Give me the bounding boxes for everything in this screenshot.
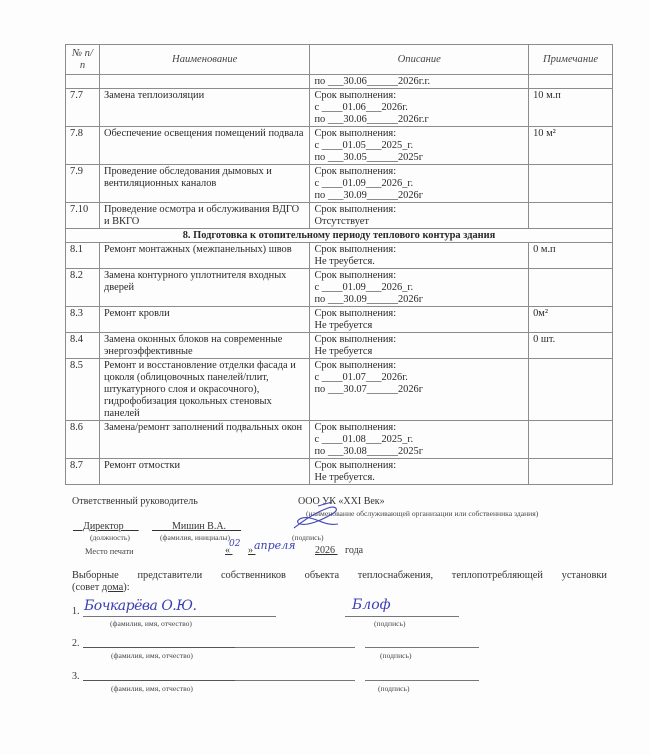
description-line: по ___30.06______2026г.г [314, 114, 524, 126]
description-line: по ___30.07______2026г [314, 384, 524, 396]
description-line: по ___30.09______2026г [314, 190, 524, 202]
row-note: 0 м.п [529, 243, 613, 269]
row-number: 8.4 [66, 333, 100, 359]
row-note: 10 м² [529, 127, 613, 165]
name-caption: (фамилия, инициалы) [160, 533, 230, 542]
rep3-index: 3. [72, 671, 80, 682]
description-line: с ____01.09___2026_г. [314, 178, 524, 190]
section-header-row: 8. Подготовка к отопительному периоду те… [66, 229, 613, 243]
description-line: с ____01.06___2026г. [314, 102, 524, 114]
table-row: 7.10Проведение осмотра и обслуживания ВД… [66, 203, 613, 229]
table-row: 8.2Замена контурного уплотнителя входных… [66, 269, 613, 307]
description-line: Срок выполнения: [314, 166, 524, 178]
description-line: Срок выполнения: [314, 334, 524, 346]
row-description: Срок выполнения:Не треубется. [310, 243, 529, 269]
header-name: Наименование [99, 45, 310, 75]
description-line: Срок выполнения: [314, 422, 524, 434]
row-number: 8.6 [66, 421, 100, 459]
description-line: с ____01.07___2026г. [314, 372, 524, 384]
description-line: Отсутствует [314, 216, 524, 228]
position-caption: (должность) [90, 533, 130, 542]
director-name: ____Мишин В.А.___ [152, 521, 241, 532]
row-description: Срок выполнения:с ____01.09___2026_г.по … [310, 165, 529, 203]
description-line: с ____01.08___2025_г. [314, 434, 524, 446]
continuation-desc: по ___30.06______2026г.г. [310, 75, 529, 89]
description-line: Не треубется. [314, 256, 524, 268]
row-name: Ремонт монтажных (межпанельных) швов [99, 243, 310, 269]
row-number: 8.7 [66, 459, 100, 485]
description-line: с ____01.09___2026_г. [314, 282, 524, 294]
row-description: Срок выполнения:с ____01.09___2026_г.по … [310, 269, 529, 307]
table-row-continuation: по ___30.06______2026г.г. [66, 75, 613, 89]
row-note [529, 269, 613, 307]
description-line: Не требуется [314, 346, 524, 358]
row-description: Срок выполнения:Отсутствует [310, 203, 529, 229]
rep3-sign-caption: (подпись) [378, 684, 410, 693]
description-line: Срок выполнения: [314, 270, 524, 282]
rep1-handwritten-signature: Блоф [352, 597, 391, 613]
responsible-label: Ответственный руководитель [72, 496, 198, 507]
row-description: Срок выполнения:с ____01.08___2025_г.по … [310, 421, 529, 459]
description-line: с ____01.05___2025_г. [314, 140, 524, 152]
row-note: 0 шт. [529, 333, 613, 359]
row-number: 7.8 [66, 127, 100, 165]
table-row: 7.8Обеспечение освещения помещений подва… [66, 127, 613, 165]
handwritten-day: 02 [229, 539, 240, 549]
row-name: Ремонт отмостки [99, 459, 310, 485]
header-desc: Описание [310, 45, 529, 75]
row-name: Замена контурного уплотнителя входных дв… [99, 269, 310, 307]
row-name: Замена/ремонт заполнений подвальных окон [99, 421, 310, 459]
handwritten-month: апреля [254, 539, 295, 552]
table-row: 8.1Ремонт монтажных (межпанельных) швовС… [66, 243, 613, 269]
row-name: Ремонт и восстановление отделки фасада и… [99, 359, 310, 421]
description-line: Не требуется. [314, 472, 524, 484]
description-line: Срок выполнения: [314, 128, 524, 140]
row-description: Срок выполнения:с ____01.06___2026г.по _… [310, 89, 529, 127]
maintenance-plan-table: № п/п Наименование Описание Примечание п… [65, 44, 613, 485]
header-num: № п/п [66, 45, 100, 75]
stamp-label: Место печати [85, 547, 134, 556]
row-name: Проведение обследования дымовых и вентил… [99, 165, 310, 203]
rep3-fio-caption: (фамилия, имя, отчество) [111, 684, 193, 693]
position-value: __Директор___ [73, 521, 139, 532]
row-number: 8.5 [66, 359, 100, 421]
row-note [529, 165, 613, 203]
row-name: Ремонт кровли [99, 307, 310, 333]
director-signature-icon [288, 500, 348, 536]
row-name: Проведение осмотра и обслуживания ВДГО и… [99, 203, 310, 229]
row-note [529, 203, 613, 229]
row-number: 8.1 [66, 243, 100, 269]
row-number: 7.9 [66, 165, 100, 203]
table-row: 8.4Замена оконных блоков на современные … [66, 333, 613, 359]
description-line: Срок выполнения: [314, 90, 524, 102]
table-row: 8.6Замена/ремонт заполнений подвальных о… [66, 421, 613, 459]
row-description: Срок выполнения:с ____01.05___2025_г.по … [310, 127, 529, 165]
row-name: Обеспечение освещения помещений подвала [99, 127, 310, 165]
rep2-sign-caption: (подпись) [380, 651, 412, 660]
row-description: Срок выполнения:с ____01.07___2026г.по _… [310, 359, 529, 421]
rep2-fio-caption: (фамилия, имя, отчество) [111, 651, 193, 660]
row-note [529, 459, 613, 485]
table-header-row: № п/п Наименование Описание Примечание [66, 45, 613, 75]
row-note: 10 м.п [529, 89, 613, 127]
table-row: 8.3Ремонт кровлиСрок выполнения:Не требу… [66, 307, 613, 333]
row-description: Срок выполнения:Не требуется [310, 333, 529, 359]
rep1-index: 1. [72, 606, 80, 617]
row-number: 7.10 [66, 203, 100, 229]
row-number: 8.2 [66, 269, 100, 307]
rep1-fio-caption: (фамилия, имя, отчество) [110, 619, 192, 628]
table-row: 7.9Проведение обследования дымовых и вен… [66, 165, 613, 203]
rep1-handwritten-name: Бочкарёва О.Ю. [84, 598, 196, 614]
description-line: Срок выполнения: [314, 360, 524, 372]
row-number: 7.7 [66, 89, 100, 127]
description-line: Срок выполнения: [314, 204, 524, 216]
rep2-index: 2. [72, 638, 80, 649]
description-line: по ___30.09______2026г [314, 294, 524, 306]
rep1-sign-caption: (подпись) [374, 619, 406, 628]
row-description: Срок выполнения:Не требуется [310, 307, 529, 333]
table-row: 7.7Замена теплоизоляцииСрок выполнения:с… [66, 89, 613, 127]
row-note [529, 359, 613, 421]
table-row: 8.7Ремонт отмосткиСрок выполнения:Не тре… [66, 459, 613, 485]
row-note [529, 421, 613, 459]
document-page: № п/п Наименование Описание Примечание п… [0, 0, 650, 755]
date-year: 2026 [315, 545, 335, 556]
representatives-text: Выборные представители собственников объ… [72, 570, 607, 582]
representatives-text-2: (совет дома): [72, 582, 130, 593]
section-title: 8. Подготовка к отопительному периоду те… [66, 229, 613, 243]
row-description: Срок выполнения:Не требуется. [310, 459, 529, 485]
description-line: Срок выполнения: [314, 460, 524, 472]
description-line: Срок выполнения: [314, 244, 524, 256]
row-number: 8.3 [66, 307, 100, 333]
header-note: Примечание [529, 45, 613, 75]
description-line: Срок выполнения: [314, 308, 524, 320]
description-line: Не требуется [314, 320, 524, 332]
table-row: 8.5Ремонт и восстановление отделки фасад… [66, 359, 613, 421]
row-note: 0м² [529, 307, 613, 333]
description-line: по ___30.08______2025г [314, 446, 524, 458]
description-line: по ___30.05______2025г [314, 152, 524, 164]
row-name: Замена оконных блоков на современные эне… [99, 333, 310, 359]
row-name: Замена теплоизоляции [99, 89, 310, 127]
